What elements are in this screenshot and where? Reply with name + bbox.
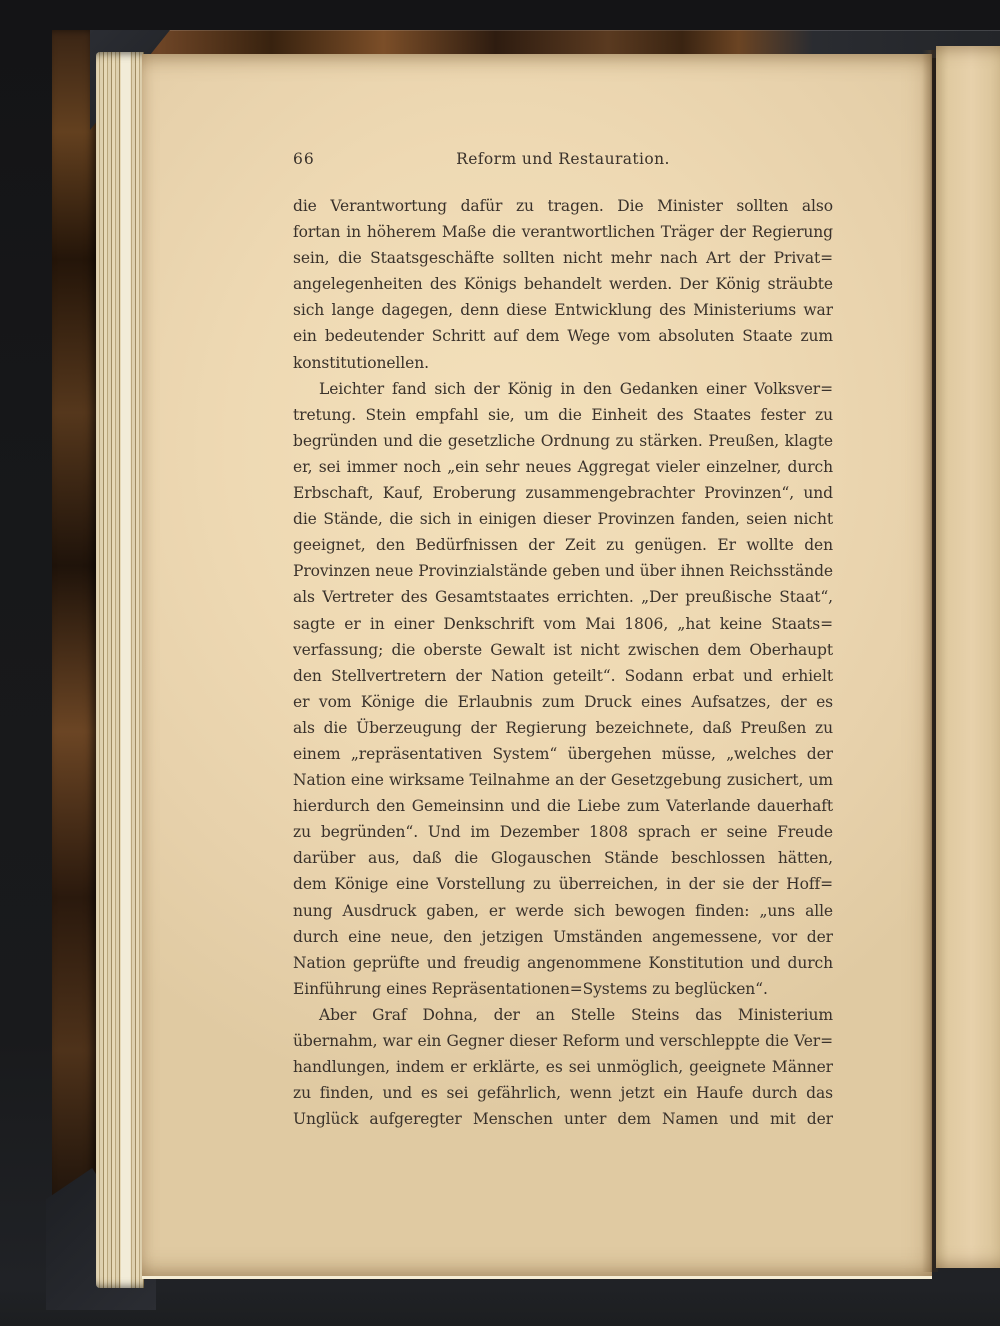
- text-line: angelegenheiten des Königs behandelt wer…: [293, 271, 833, 297]
- book-cover-spine: [52, 30, 96, 1306]
- text-line: Aber Graf Dohna, der an Stelle Steins da…: [293, 1002, 833, 1028]
- text-line: er, sei immer noch „ein sehr neues Aggre…: [293, 454, 833, 480]
- text-line: dem Könige eine Vorstellung zu überreich…: [293, 871, 833, 897]
- text-line: geeignet, den Bedürfnissen der Zeit zu g…: [293, 532, 833, 558]
- text-line: Erbschaft, Kauf, Eroberung zusammengebra…: [293, 480, 833, 506]
- text-line: zu finden, und es sei gefährlich, wenn j…: [293, 1080, 833, 1106]
- text-line: konstitutionellen.: [293, 350, 833, 376]
- text-line: einem „repräsentativen System“ übergehen…: [293, 741, 833, 767]
- text-line: hierdurch den Gemeinsinn und die Liebe z…: [293, 793, 833, 819]
- book-page: 66 Reform und Restauration. die Verantwo…: [142, 54, 932, 1279]
- text-line: er vom Könige die Erlaubnis zum Druck ei…: [293, 689, 833, 715]
- running-header: Reform und Restauration.: [293, 150, 833, 168]
- next-page-edge: [936, 46, 1000, 1268]
- text-line: handlungen, indem er erklärte, es sei un…: [293, 1054, 833, 1080]
- text-line: sein, die Staatsgeschäfte sollten nicht …: [293, 245, 833, 271]
- text-line: fortan in höherem Maße die verantwortlic…: [293, 219, 833, 245]
- text-line: sagte er in einer Denkschrift vom Mai 18…: [293, 611, 833, 637]
- text-line: Leichter fand sich der König in den Geda…: [293, 376, 833, 402]
- text-line: Provinzen neue Provinzialstände geben un…: [293, 558, 833, 584]
- text-line: die Stände, die sich in einigen dieser P…: [293, 506, 833, 532]
- text-line: übernahm, war ein Gegner dieser Reform u…: [293, 1028, 833, 1054]
- page-text-layer: 66 Reform und Restauration. die Verantwo…: [293, 54, 833, 1276]
- page-stack-edges: [96, 52, 144, 1288]
- text-line: zu begründen“. Und im Dezember 1808 spra…: [293, 819, 833, 845]
- text-line: durch eine neue, den jetzigen Umständen …: [293, 924, 833, 950]
- text-line: Nation eine wirksame Teilnahme an der Ge…: [293, 767, 833, 793]
- text-line: verfassung; die oberste Gewalt ist nicht…: [293, 637, 833, 663]
- text-line: darüber aus, daß die Glogauschen Stände …: [293, 845, 833, 871]
- text-line: sich lange dagegen, denn diese Entwicklu…: [293, 297, 833, 323]
- text-line: nung Ausdruck gaben, er werde sich bewog…: [293, 898, 833, 924]
- text-line: als Vertreter des Gesamtstaates errichte…: [293, 584, 833, 610]
- text-line: begründen und die gesetzliche Ordnung zu…: [293, 428, 833, 454]
- text-line: den Stellvertretern der Nation geteilt“.…: [293, 663, 833, 689]
- body-text: die Verantwortung dafür zu tragen. Die M…: [293, 193, 833, 1132]
- text-line: Unglück aufgeregter Menschen unter dem N…: [293, 1106, 833, 1132]
- text-line: als die Überzeugung der Regierung bezeic…: [293, 715, 833, 741]
- text-line: Nation geprüfte und freudig angenommene …: [293, 950, 833, 976]
- book-photo: 66 Reform und Restauration. die Verantwo…: [0, 0, 1000, 1326]
- text-line: tretung. Stein empfahl sie, um die Einhe…: [293, 402, 833, 428]
- text-line: ein bedeutender Schritt auf dem Wege vom…: [293, 323, 833, 349]
- text-line: Einführung eines Repräsentationen=System…: [293, 976, 833, 1002]
- text-line: die Verantwortung dafür zu tragen. Die M…: [293, 193, 833, 219]
